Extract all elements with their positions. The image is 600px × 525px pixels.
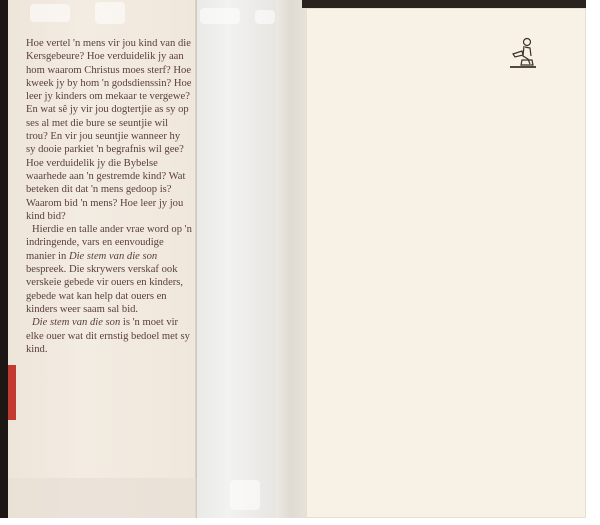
top-shadow-edge	[302, 0, 592, 8]
plastic-glare	[200, 8, 240, 24]
book-title: Die stem van die son	[69, 251, 157, 262]
seated-reader-icon	[508, 36, 538, 70]
plastic-glare	[95, 2, 125, 24]
right-margin	[586, 0, 600, 525]
book-photo: Hoe vertel 'n mens vir jou kind van die …	[0, 0, 600, 525]
hinge-strip	[276, 0, 306, 518]
dark-left-edge	[0, 0, 8, 525]
endpaper-gutter	[196, 0, 276, 518]
book-title: Die stem van die son	[32, 317, 120, 328]
blurb-paragraph-2: Hierdie en talle ander vrae word op 'n i…	[26, 223, 192, 316]
plastic-glare	[30, 4, 70, 22]
plastic-glare	[255, 10, 275, 24]
plastic-glare	[230, 480, 260, 510]
blurb-paragraph-3: Die stem van die son is 'n moet vir elke…	[26, 316, 192, 356]
red-sticker	[8, 365, 16, 420]
bottom-margin	[0, 518, 600, 525]
endpaper-page	[306, 8, 586, 518]
flap-blurb: Hoe vertel 'n mens vir jou kind van die …	[26, 37, 192, 356]
flap-plastic-cover	[8, 478, 196, 518]
blurb-paragraph-1: Hoe vertel 'n mens vir jou kind van die …	[26, 37, 192, 223]
